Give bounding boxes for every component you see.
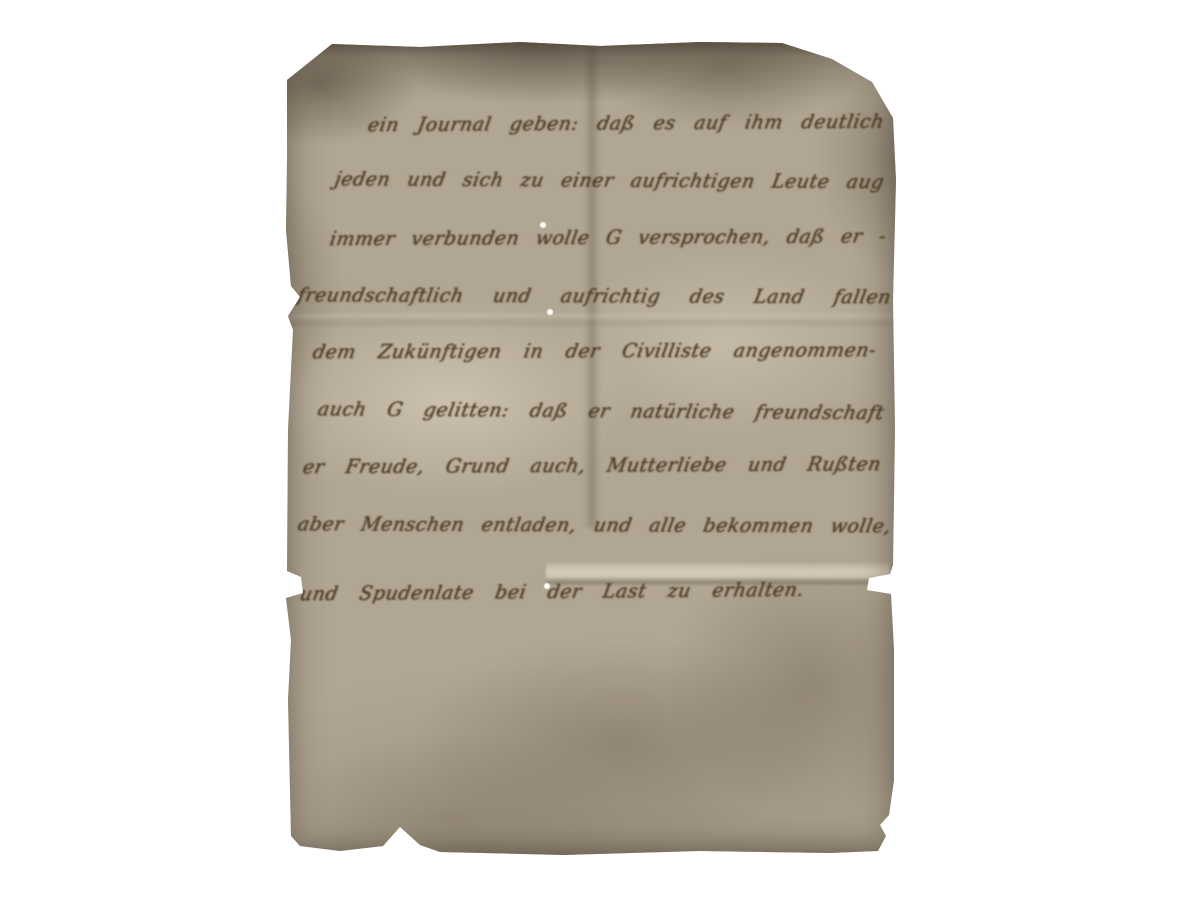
handwriting-line: er Freude, Grund auch, Mutterliebe und R… <box>301 451 883 480</box>
screenshot-canvas: ein Journal geben: daß es auf ihm deutli… <box>0 0 1200 900</box>
fold-crease-horizontal <box>283 314 897 326</box>
handwriting-line: und Spudenlate bei der Last zu erhalten. <box>298 577 806 607</box>
handwriting-line: dem Zukünftigen in der Civilliste angeno… <box>311 337 878 365</box>
handwriting-line: auch G gelitten: daß er natürliche freun… <box>316 396 887 426</box>
handwriting-line: freundschaftlich und aufrichtig des Land… <box>296 282 894 310</box>
handwriting-line: aber Menschen entladen, und alle bekomme… <box>296 511 894 539</box>
parchment-letter: ein Journal geben: daß es auf ihm deutli… <box>283 42 897 856</box>
handwriting-line: immer verbunden wolle G versprochen, daß… <box>328 223 888 252</box>
handwriting-line: jeden und sich zu einer aufrichtigen Leu… <box>333 166 887 195</box>
handwriting-line: ein Journal geben: daß es auf ihm deutli… <box>366 108 886 138</box>
paper-hole <box>547 309 553 315</box>
